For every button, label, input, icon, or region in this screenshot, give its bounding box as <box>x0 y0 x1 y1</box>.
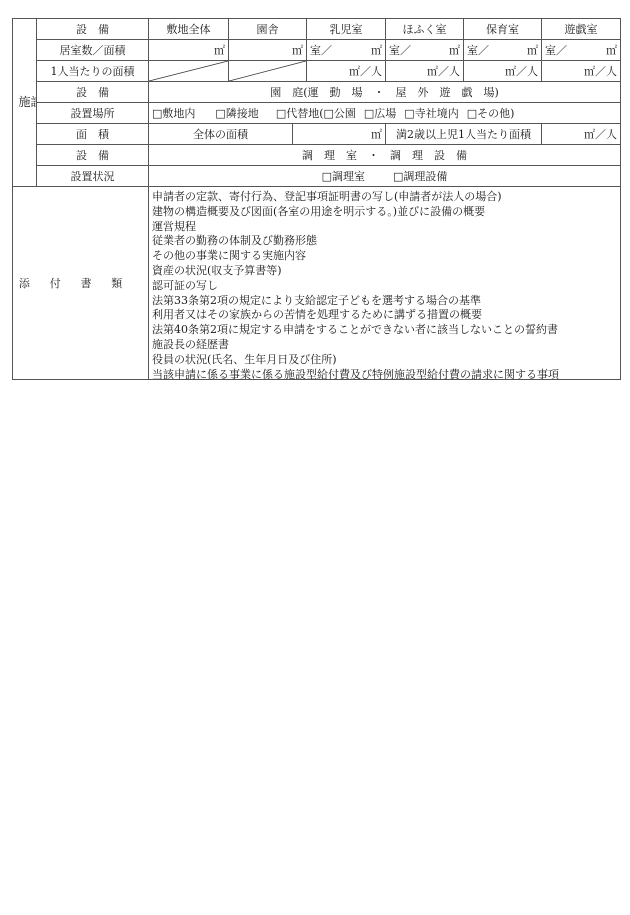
attachments-label: 添付書類 <box>13 187 149 380</box>
total-area-field[interactable]: ㎡ <box>293 124 386 145</box>
col-header-play-room: 遊戯室 <box>542 19 621 40</box>
per-person-area-row: 1人当たりの面積 ㎡／人 ㎡／人 ㎡／人 ㎡／人 <box>13 61 621 82</box>
unit-sqm: ㎡ <box>606 41 617 60</box>
unit-sqm: ㎡ <box>371 41 382 60</box>
nursery-room-per-person-field[interactable]: ㎡／人 <box>464 61 542 82</box>
crawling-room-rooms-area-field[interactable]: 室／㎡ <box>386 40 464 61</box>
unit-rooms: 室／ <box>310 41 332 60</box>
checkbox-plaza[interactable]: □広場 <box>364 107 396 120</box>
diagonal-strike-icon <box>229 61 306 81</box>
row-label-per-person-area: 1人当たりの面積 <box>37 61 149 82</box>
rooms-area-row: 居室数／面積 ㎡ ㎡ 室／㎡ 室／㎡ 室／㎡ 室／㎡ <box>13 40 621 61</box>
col-header-infant-room: 乳児室 <box>307 19 386 40</box>
building-area-field[interactable]: ㎡ <box>229 40 307 61</box>
play-room-per-person-field[interactable]: ㎡／人 <box>542 61 621 82</box>
facility-header-row: 施設設備 設 備 敷地全体 園舎 乳児室 ほふく室 保育室 遊戯室 <box>13 19 621 40</box>
attachment-item: 建物の構造概要及び図面(各室の用途を明示する。)並びに設備の概要 <box>152 202 617 217</box>
col-header-building: 園舎 <box>229 19 307 40</box>
checkbox-shrine-temple[interactable]: □寺社境内 <box>404 107 458 120</box>
attachment-item: 資産の状況(収支予算書等) <box>152 261 617 276</box>
attachment-item: 認可証の写し <box>152 276 617 291</box>
attachment-item: 役員の状況(氏名、生年月日及び住所) <box>152 350 617 365</box>
kitchen-status-row: 設置状況 □調理室□調理設備 <box>13 166 621 187</box>
section-label-facility: 施設設備 <box>13 19 37 187</box>
checkbox-alternative-site-park[interactable]: □代替地(□公園 <box>276 107 356 120</box>
col-header-site-total: 敷地全体 <box>149 19 229 40</box>
attachments-row: 添付書類 申請者の定款、寄付行為、登記事項証明書の写し(申請者が法人の場合) 建… <box>13 187 621 380</box>
attachment-item: 法第40条第2項に規定する申請をすることができない者に該当しないことの誓約書 <box>152 320 617 335</box>
total-area-label: 全体の面積 <box>149 124 293 145</box>
checkbox-on-site[interactable]: □敷地内 <box>152 107 195 120</box>
row-label-installation-status: 設置状況 <box>37 166 149 187</box>
checkbox-kitchen-equipment[interactable]: □調理設備 <box>393 170 447 183</box>
attachment-item: 法第33条第2項の規定により支給認定子どもを選考する場合の基準 <box>152 291 617 306</box>
attachment-item: 利用者又はその家族からの苦情を処理するために講ずる措置の概要 <box>152 305 617 320</box>
attachment-item: その他の事業に関する実施内容 <box>152 246 617 261</box>
yard-description: 園 庭(運 動 場 ・ 屋 外 遊 戯 場) <box>149 82 621 103</box>
attachment-item: 運営規程 <box>152 217 617 232</box>
crawling-room-per-person-field[interactable]: ㎡／人 <box>386 61 464 82</box>
per-child-area-field[interactable]: ㎡／人 <box>542 124 621 145</box>
unit-rooms: 室／ <box>389 41 411 60</box>
row-label-rooms-area: 居室数／面積 <box>37 40 149 61</box>
infant-room-per-person-field[interactable]: ㎡／人 <box>307 61 386 82</box>
play-room-rooms-area-field[interactable]: 室／㎡ <box>542 40 621 61</box>
facility-application-form: 施設設備 設 備 敷地全体 園舎 乳児室 ほふく室 保育室 遊戯室 居室数／面積… <box>12 18 621 380</box>
attachment-item: 従業者の勤務の体制及び勤務形態 <box>152 231 617 246</box>
col-header-crawling-room: ほふく室 <box>386 19 464 40</box>
checkbox-other[interactable]: □その他) <box>467 107 515 120</box>
row-label-kitchen-equipment: 設 備 <box>37 145 149 166</box>
kitchen-row: 設 備 調 理 室 ・ 調 理 設 備 <box>13 145 621 166</box>
unit-sqm: ㎡ <box>527 41 538 60</box>
row-label-location: 設置場所 <box>37 103 149 124</box>
building-per-person-na <box>229 61 307 82</box>
checkbox-kitchen-room[interactable]: □調理室 <box>322 170 365 183</box>
kitchen-description: 調 理 室 ・ 調 理 設 備 <box>149 145 621 166</box>
col-header-nursery-room: 保育室 <box>464 19 542 40</box>
unit-sqm: ㎡ <box>449 41 460 60</box>
unit-sqm: ㎡ <box>292 44 303 57</box>
area-row: 面 積 全体の面積 ㎡ 満2歳以上児1人当たり面積 ㎡／人 <box>13 124 621 145</box>
diagonal-strike-icon <box>149 61 228 81</box>
kitchen-status-options: □調理室□調理設備 <box>149 166 621 187</box>
unit-rooms: 室／ <box>545 41 567 60</box>
attachment-item: 当該申請に係る事業に係る施設型給付費及び特例施設型給付費の請求に関する事項 <box>152 365 617 380</box>
row-label-equipment: 設 備 <box>37 19 149 40</box>
attachment-item: 施設長の経歴書 <box>152 335 617 350</box>
row-label-yard-equipment: 設 備 <box>37 82 149 103</box>
section-label-text: 施設設備 <box>19 93 31 112</box>
site-total-area-field[interactable]: ㎡ <box>149 40 229 61</box>
per-child-area-label: 満2歳以上児1人当たり面積 <box>386 124 542 145</box>
nursery-room-rooms-area-field[interactable]: 室／㎡ <box>464 40 542 61</box>
checkbox-adjacent[interactable]: □隣接地 <box>215 107 258 120</box>
infant-room-rooms-area-field[interactable]: 室／㎡ <box>307 40 386 61</box>
site-total-per-person-na <box>149 61 229 82</box>
location-row: 設置場所 □敷地内□隣接地□代替地(□公園□広場□寺社境内□その他) <box>13 103 621 124</box>
unit-rooms: 室／ <box>467 41 489 60</box>
location-options: □敷地内□隣接地□代替地(□公園□広場□寺社境内□その他) <box>149 103 621 124</box>
yard-row: 設 備 園 庭(運 動 場 ・ 屋 外 遊 戯 場) <box>13 82 621 103</box>
row-label-area: 面 積 <box>37 124 149 145</box>
attachments-list: 申請者の定款、寄付行為、登記事項証明書の写し(申請者が法人の場合) 建物の構造概… <box>149 187 621 380</box>
unit-sqm: ㎡ <box>214 44 225 57</box>
attachment-item: 申請者の定款、寄付行為、登記事項証明書の写し(申請者が法人の場合) <box>152 187 617 202</box>
